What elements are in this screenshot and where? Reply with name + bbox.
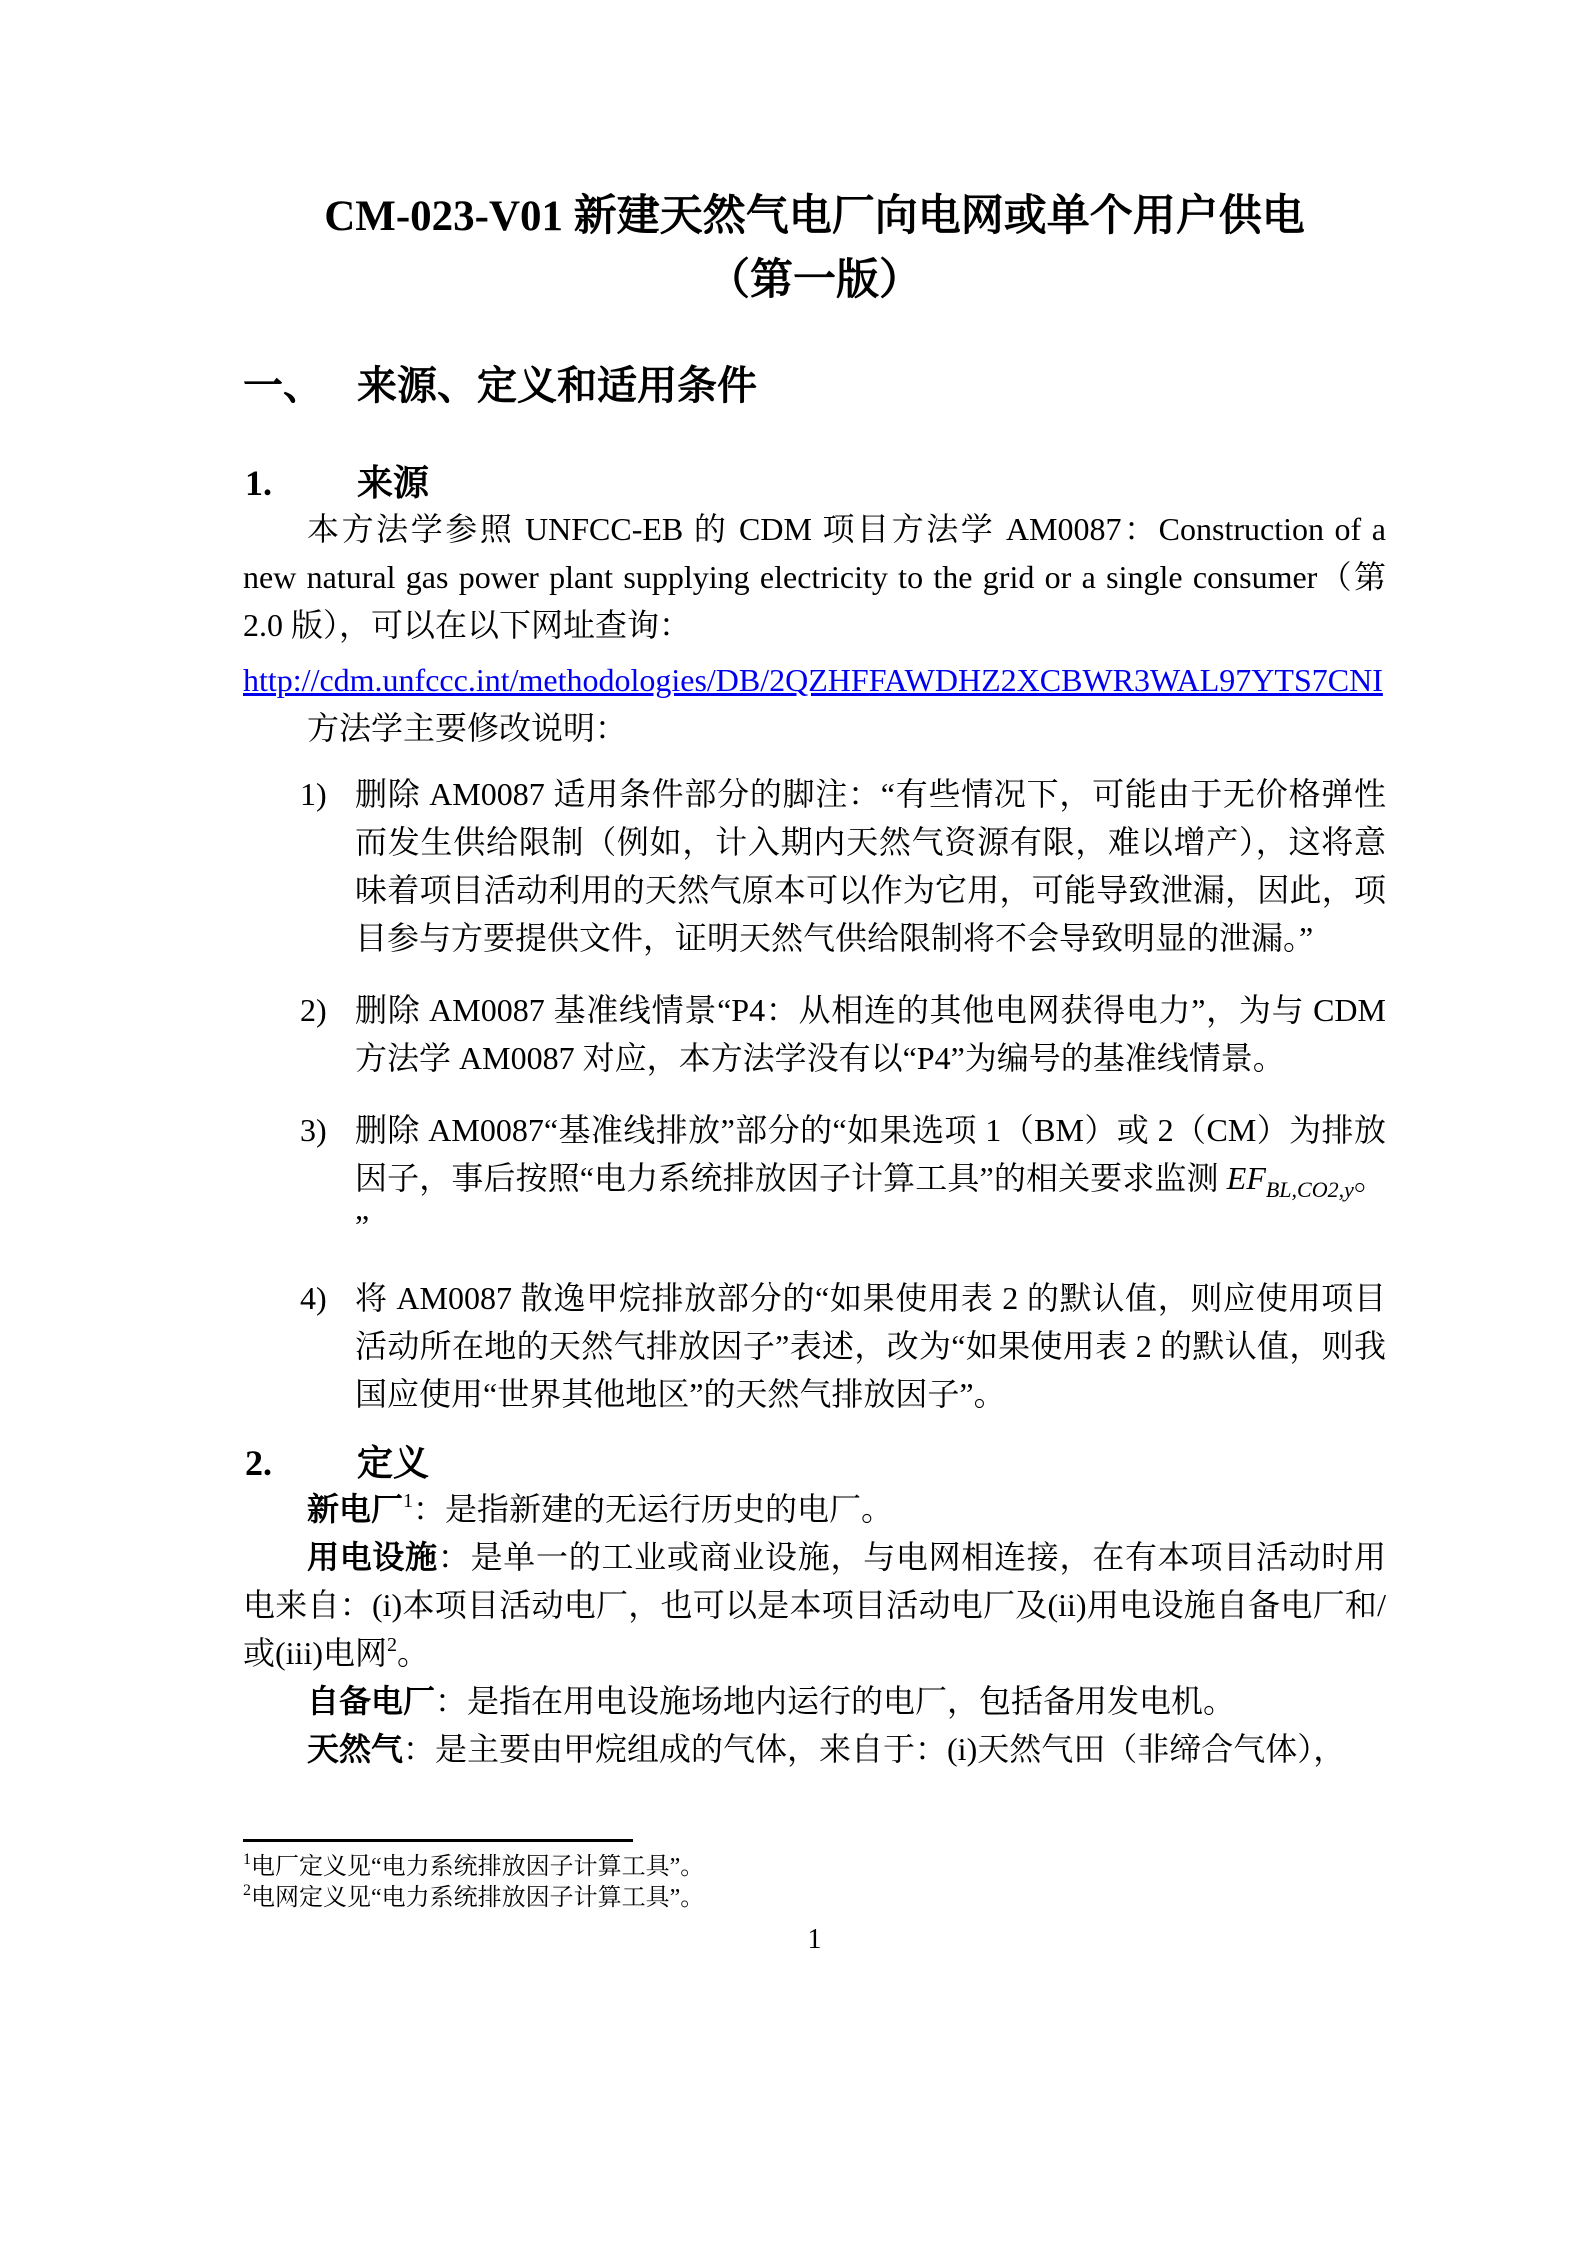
footnote-2-marker: 2 xyxy=(243,1882,251,1899)
list-item-2-marker: 2) xyxy=(300,986,327,1034)
modifications-intro: 方法学主要修改说明： xyxy=(243,704,1386,752)
ef-formula-base: EF xyxy=(1227,1160,1266,1196)
footnote-1: 1电厂定义见“电力系统排放因子计算工具”。 xyxy=(243,1852,1386,1883)
ef-formula-subscript: BL,CO2,y xyxy=(1266,1177,1354,1202)
subsection-title: 定义 xyxy=(357,1441,429,1485)
modifications-list: 1) 删除 AM0087 适用条件部分的脚注：“有些情况下，可能由于无价格弹性而… xyxy=(243,770,1386,1418)
list-item-1: 1) 删除 AM0087 适用条件部分的脚注：“有些情况下，可能由于无价格弹性而… xyxy=(243,770,1386,962)
page-number: 1 xyxy=(243,1923,1386,1957)
subsection-number: 1. xyxy=(245,461,272,505)
footnote-2: 2电网定义见“电力系统排放因子计算工具”。 xyxy=(243,1883,1386,1914)
footnote-block: 1电厂定义见“电力系统排放因子计算工具”。 2电网定义见“电力系统排放因子计算工… xyxy=(243,1839,1386,1914)
footnote-1-text: 电厂定义见“电力系统排放因子计算工具”。 xyxy=(251,1854,704,1880)
definition-term: 新电厂 xyxy=(307,1491,403,1527)
subsection-heading-source: 1. 来源 xyxy=(243,461,1386,505)
section-number: 一、 xyxy=(243,362,323,410)
subsection-title: 来源 xyxy=(357,461,429,505)
source-paragraph: 本方法学参照 UNFCC-EB 的 CDM 项目方法学 AM0087：Const… xyxy=(243,505,1386,649)
document-title-line1: CM-023-V01 新建天然气电厂向电网或单个用户供电 xyxy=(243,185,1386,249)
list-item-1-marker: 1) xyxy=(300,770,327,818)
footnote-1-marker: 1 xyxy=(243,1851,251,1868)
subsection-number: 2. xyxy=(245,1441,272,1485)
methodology-url-link[interactable]: http://cdm.unfccc.int/methodologies/DB/2… xyxy=(243,662,1383,698)
footnote-ref-2: 2 xyxy=(387,1634,397,1656)
footnote-2-text: 电网定义见“电力系统排放因子计算工具”。 xyxy=(251,1885,704,1911)
ef-formula: EFBL,CO2,y xyxy=(1227,1160,1354,1196)
definition-natural-gas: 天然气：是主要由甲烷组成的气体，来自于：(i)天然气田（非缔合气体）， xyxy=(243,1725,1386,1773)
definition-captive-plant: 自备电厂：是指在用电设施场地内运行的电厂，包括备用发电机。 xyxy=(243,1677,1386,1725)
section-heading-sources-definitions: 一、 来源、定义和适用条件 xyxy=(243,362,1386,410)
document-title: CM-023-V01 新建天然气电厂向电网或单个用户供电 （第一版） xyxy=(243,185,1386,313)
definition-electricity-facility: 用电设施：是单一的工业或商业设施，与电网相连接，在有本项目活动时用电来自：(i)… xyxy=(243,1533,1386,1677)
subsection-heading-definitions: 2. 定义 xyxy=(243,1441,1386,1485)
list-item-3-marker: 3) xyxy=(300,1106,327,1154)
definition-term: 自备电厂 xyxy=(307,1683,435,1719)
list-item-2-text: 删除 AM0087 基准线情景“P4：从相连的其他电网获得电力”，为与 CDM … xyxy=(355,986,1386,1082)
methodology-link-paragraph: http://cdm.unfccc.int/methodologies/DB/2… xyxy=(243,656,1386,704)
footnote-separator xyxy=(243,1839,633,1842)
list-item-3: 3) 删除 AM0087“基准线排放”部分的“如果选项 1（BM）或 2（CM）… xyxy=(243,1106,1386,1250)
section-title: 来源、定义和适用条件 xyxy=(357,362,757,410)
definition-body: ：是指新建的无运行历史的电厂。 xyxy=(413,1491,893,1527)
definition-body: ：是主要由甲烷组成的气体，来自于：(i)天然气田（非缔合气体）， xyxy=(403,1731,1345,1767)
list-item-2: 2) 删除 AM0087 基准线情景“P4：从相连的其他电网获得电力”，为与 C… xyxy=(243,986,1386,1082)
list-item-1-text: 删除 AM0087 适用条件部分的脚注：“有些情况下，可能由于无价格弹性而发生供… xyxy=(355,770,1386,962)
definition-body: ：是指在用电设施场地内运行的电厂，包括备用发电机。 xyxy=(435,1683,1235,1719)
definition-body-end: 。 xyxy=(397,1635,429,1671)
document-page: CM-023-V01 新建天然气电厂向电网或单个用户供电 （第一版） 一、 来源… xyxy=(0,0,1588,2245)
list-item-4: 4) 将 AM0087 散逸甲烷排放部分的“如果使用表 2 的默认值，则应使用项… xyxy=(243,1274,1386,1418)
footnote-ref-1: 1 xyxy=(403,1490,413,1512)
list-item-4-text: 将 AM0087 散逸甲烷排放部分的“如果使用表 2 的默认值，则应使用项目活动… xyxy=(355,1274,1386,1418)
list-item-4-marker: 4) xyxy=(300,1274,327,1322)
definition-term: 用电设施 xyxy=(307,1539,438,1575)
list-item-3-text: 删除 AM0087“基准线排放”部分的“如果选项 1（BM）或 2（CM）为排放… xyxy=(355,1106,1386,1250)
definition-term: 天然气 xyxy=(307,1731,403,1767)
document-title-line2: （第一版） xyxy=(243,249,1386,313)
definition-new-plant: 新电厂1：是指新建的无运行历史的电厂。 xyxy=(243,1485,1386,1533)
